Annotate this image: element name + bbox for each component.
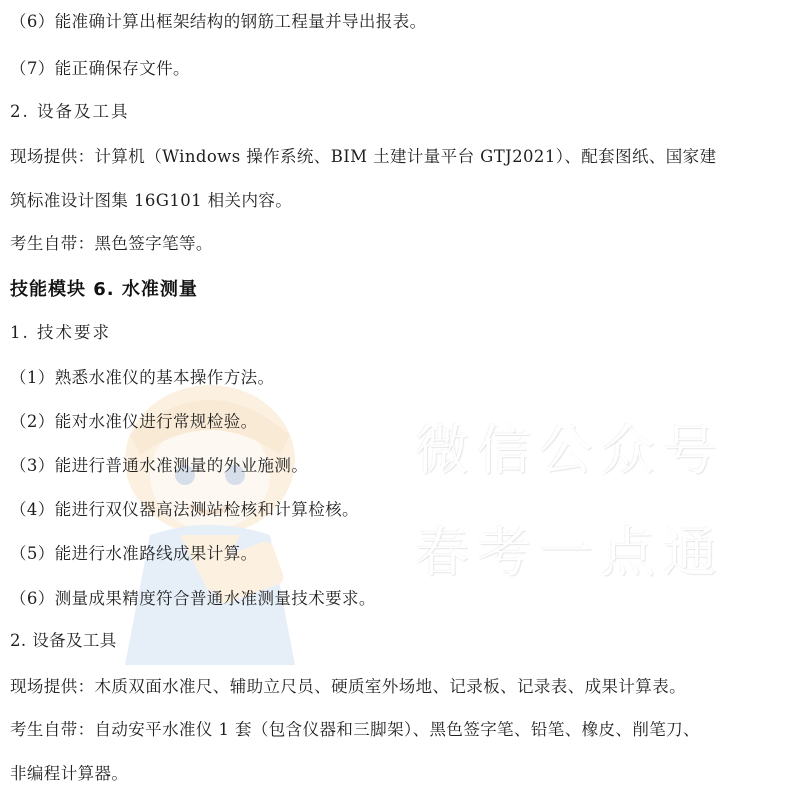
requirement-item-6: （6）能准确计算出框架结构的钢筋工程量并导出报表。 <box>10 11 427 33</box>
requirement-item-6b: （6）测量成果精度符合普通水准测量技术要求。 <box>10 588 376 610</box>
section-heading: 技能模块 6. 水准测量 <box>10 279 198 301</box>
subheading-tech-requirements: 1. 技术要求 <box>10 322 111 344</box>
requirement-item-1: （1）熟悉水准仪的基本操作方法。 <box>10 367 274 389</box>
candidate-brings-2-line2: 非编程计算器。 <box>10 763 128 785</box>
requirement-item-7: （7）能正确保存文件。 <box>10 58 190 80</box>
candidate-brings-2-line1: 考生自带：自动安平水准仪 1 套（包含仪器和三脚架）、黑色签字笔、铅笔、橡皮、削… <box>10 719 700 741</box>
onsite-provided-line1: 现场提供：计算机（Windows 操作系统、BIM 土建计量平台 GTJ2021… <box>10 146 716 168</box>
requirement-item-5: （5）能进行水准路线成果计算。 <box>10 543 258 565</box>
requirement-item-2: （2）能对水准仪进行常规检验。 <box>10 411 258 433</box>
subheading-equipment-2: 2. 设备及工具 <box>10 630 117 652</box>
subheading-equipment: 2. 设备及工具 <box>10 101 130 123</box>
requirement-item-4: （4）能进行双仪器高法测站检核和计算检核。 <box>10 499 359 521</box>
candidate-brings: 考生自带：黑色签字笔等。 <box>10 233 213 255</box>
document-page: （6）能准确计算出框架结构的钢筋工程量并导出报表。 （7）能正确保存文件。 2.… <box>0 0 800 794</box>
onsite-provided-2: 现场提供：木质双面水准尺、辅助立尺员、硬质室外场地、记录板、记录表、成果计算表。 <box>10 676 686 698</box>
onsite-provided-line2: 筑标准设计图集 16G101 相关内容。 <box>10 190 292 212</box>
requirement-item-3: （3）能进行普通水准测量的外业施测。 <box>10 455 308 477</box>
